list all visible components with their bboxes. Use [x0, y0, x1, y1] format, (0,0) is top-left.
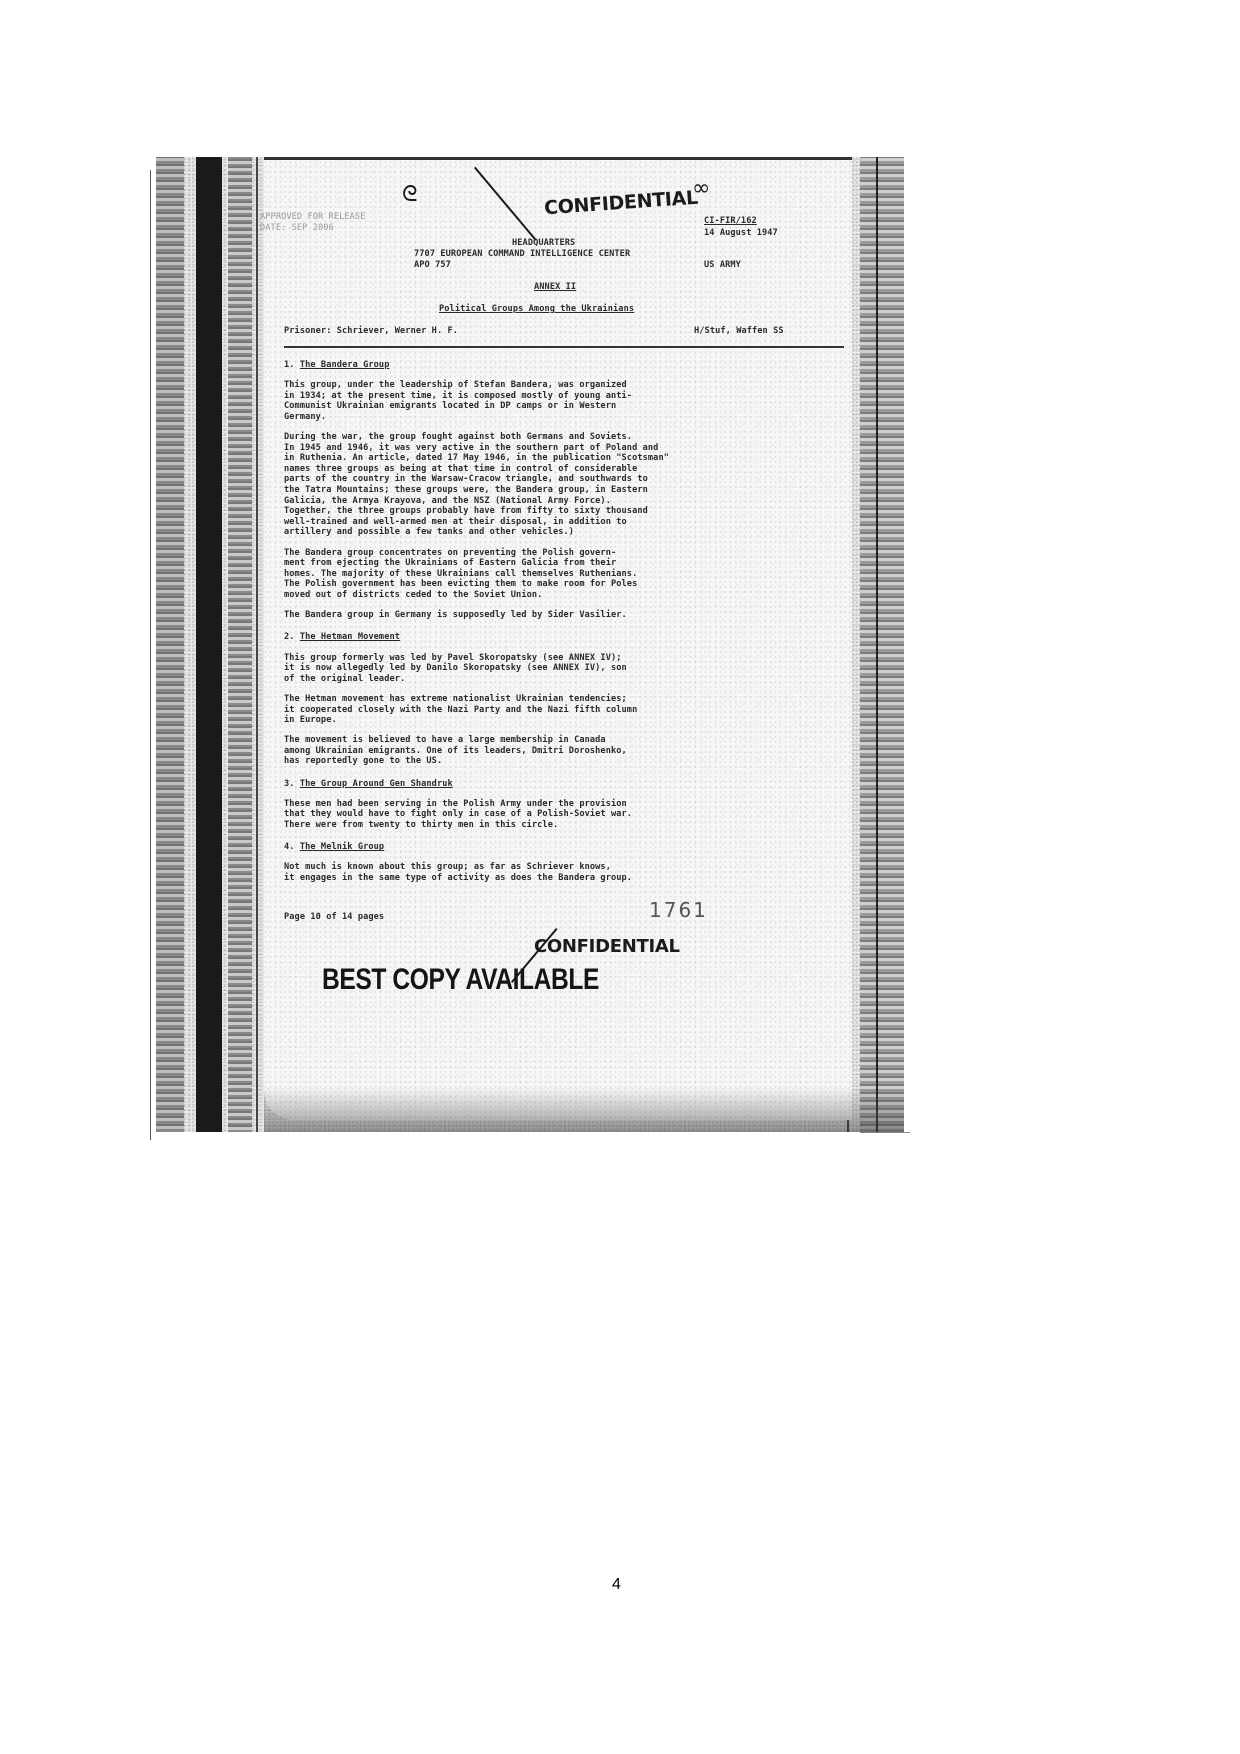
confidential-stamp-bottom: CONFIDENTIAL	[534, 936, 680, 957]
paragraph-line: The Polish government has been evicting …	[284, 579, 637, 590]
page-footer: Page 10 of 14 pages	[284, 912, 384, 923]
paragraph-line: it cooperated closely with the Nazi Part…	[284, 705, 637, 716]
paragraph-line: This group formerly was led by Pavel Sko…	[284, 653, 622, 664]
paragraph-line: moved out of districts ceded to the Sovi…	[284, 590, 542, 601]
release-date: DATE: SEP 2006	[260, 223, 365, 234]
paragraph-line: This group, under the leadership of Stef…	[284, 380, 627, 391]
paragraph-line: The Hetman movement has extreme national…	[284, 694, 627, 705]
section-title: The Melnik Group	[300, 842, 384, 852]
binding-strip	[228, 157, 252, 1132]
scan-smear	[264, 1087, 904, 1132]
paragraph-line: Germany.	[284, 412, 326, 423]
paragraph-line: Not much is known about this group; as f…	[284, 862, 611, 873]
paragraph-line: ment from ejecting the Ukrainians of Eas…	[284, 558, 616, 569]
binding-strip	[196, 157, 222, 1132]
binding-strip	[156, 157, 184, 1132]
section-heading: 3. The Group Around Gen Shandruk	[284, 779, 453, 790]
paragraph-line: Galicia, the Armya Krayova, and the NSZ …	[284, 496, 611, 507]
section-number: 3.	[284, 779, 300, 789]
section-number: 1.	[284, 360, 300, 370]
section-heading: 2. The Hetman Movement	[284, 632, 400, 643]
paragraph-line: Together, the three groups probably have…	[284, 506, 648, 517]
paragraph-line: it engages in the same type of activity …	[284, 873, 632, 884]
page-number: 4	[612, 1576, 621, 1594]
paragraph-line: parts of the country in the Warsaw-Craco…	[284, 474, 648, 485]
prisoner-line: Prisoner: Schriever, Werner H. F.	[284, 326, 458, 337]
edge-strip	[860, 157, 904, 1132]
reference-number: CI-FIR/162	[704, 216, 757, 227]
section-title: The Bandera Group	[300, 360, 390, 370]
scribble-icon: ᘓ	[402, 182, 417, 207]
annex-title: ANNEX II	[534, 282, 576, 293]
paragraph-line: The Bandera group in Germany is supposed…	[284, 610, 627, 621]
release-line: APPROVED FOR RELEASE	[260, 212, 365, 223]
paragraph-line: The movement is believed to have a large…	[284, 735, 606, 746]
paragraph-line: These men had been serving in the Polish…	[284, 799, 627, 810]
paragraph-line: artillery and possible a few tanks and o…	[284, 527, 574, 538]
org-army: US ARMY	[704, 260, 741, 271]
paragraph-line: it is now allegedly led by Danilo Skorop…	[284, 663, 627, 674]
paragraph-line: has reportedly gone to the US.	[284, 756, 442, 767]
prisoner-rank: H/Stuf, Waffen SS	[694, 326, 784, 337]
header-divider	[284, 346, 844, 348]
paragraph-line: There were from twenty to thirty men in …	[284, 820, 558, 831]
section-heading: 1. The Bandera Group	[284, 360, 389, 371]
section-heading: 4. The Melnik Group	[284, 842, 384, 853]
paragraph-line: During the war, the group fought against…	[284, 432, 632, 443]
handwritten-number: 1761	[649, 898, 708, 922]
section-number: 2.	[284, 632, 300, 642]
paragraph-line: In 1945 and 1946, it was very active in …	[284, 443, 658, 454]
scanned-document-image: CONFIDENTIAL ᘓ ∞ APPROVED FOR RELEASE DA…	[156, 157, 904, 1132]
paragraph-line: homes. The majority of these Ukrainians …	[284, 569, 637, 580]
paragraph-line: among Ukrainian emigrants. One of its le…	[284, 746, 627, 757]
section-number: 4.	[284, 842, 300, 852]
best-copy-stamp: BEST COPY AVAILABLE	[322, 963, 599, 997]
page-margin-rule	[860, 1132, 910, 1133]
paragraph-line: the Tatra Mountains; these groups were, …	[284, 485, 648, 496]
prisoner-label: Prisoner:	[284, 326, 331, 336]
page-margin-rule	[150, 170, 151, 1140]
section-title: The Group Around Gen Shandruk	[300, 779, 453, 789]
binding-strip	[256, 157, 258, 1132]
release-approval: APPROVED FOR RELEASE DATE: SEP 2006	[260, 212, 365, 233]
document-date: 14 August 1947	[704, 228, 778, 239]
paragraph-line: names three groups as being at that time…	[284, 464, 637, 475]
paragraph-line: that they would have to fight only in ca…	[284, 809, 632, 820]
org-apo: APO 757	[414, 260, 451, 271]
scribble-icon: ∞	[692, 176, 710, 201]
prisoner-name: Schriever, Werner H. F.	[337, 326, 458, 336]
org-unit: 7707 EUROPEAN COMMAND INTELLIGENCE CENTE…	[414, 249, 630, 260]
paragraph-line: in Europe.	[284, 715, 337, 726]
paragraph-line: in 1934; at the present time, it is comp…	[284, 391, 632, 402]
paragraph-line: Communist Ukrainian emigrants located in…	[284, 401, 616, 412]
org-headquarters: HEADQUARTERS	[512, 238, 575, 249]
paragraph-line: The Bandera group concentrates on preven…	[284, 548, 616, 559]
section-title: The Hetman Movement	[300, 632, 400, 642]
edge-strip	[876, 157, 878, 1132]
paragraph-line: of the original leader.	[284, 674, 405, 685]
paragraph-line: in Ruthenia. An article, dated 17 May 19…	[284, 453, 669, 464]
paragraph-line: well-trained and well-armed men at their…	[284, 517, 627, 528]
subject-title: Political Groups Among the Ukrainians	[439, 304, 634, 315]
